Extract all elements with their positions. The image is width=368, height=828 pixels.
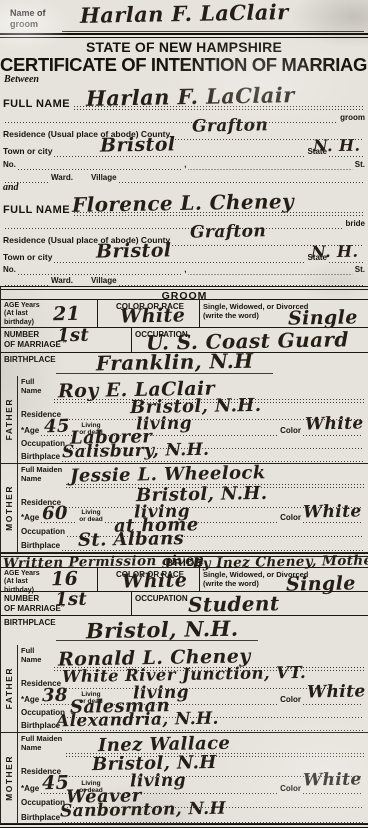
bride-status-handwriting: Single: [286, 572, 356, 595]
bride-section-band: BRIDE Written Permission given by Inez C…: [0, 553, 368, 568]
dotted-line: [119, 276, 363, 286]
bride-full-name-row: FULL NAME Florence L. Cheney: [0, 193, 368, 216]
village-label: Village: [91, 173, 117, 183]
bride-street-row: No. , St.: [0, 263, 368, 275]
father-age-handwriting: 45: [44, 416, 70, 437]
mother-side-label: MOTHER: [1, 464, 18, 552]
bride-race-handwriting: White: [122, 569, 188, 592]
groom-age-handwriting: 21: [53, 303, 81, 325]
father-birthplace-handwriting: Alexandria, N.H.: [56, 709, 219, 732]
ward-label: Ward.: [51, 173, 73, 183]
name-of-groom-row: Name of groom Harlan F. LaClair: [0, 0, 368, 33]
certificate-title: CERTIFICATE OF INTENTION OF MARRIAGE: [0, 54, 368, 74]
father-color-handwriting: White: [305, 413, 364, 434]
bride-occupation-cell: OCCUPATION Student: [132, 592, 368, 615]
dotted-line: [5, 219, 343, 229]
dotted-line: [5, 113, 338, 123]
groom-town-handwriting: Bristol: [100, 133, 176, 156]
dotted-line: [119, 173, 363, 183]
groom-age-race-status-row: AGE Years (At last birthday) 21 COLOR OR…: [0, 300, 368, 328]
groom-street-row: No. , St.: [0, 157, 368, 170]
bottom-double-rule: [0, 824, 368, 828]
bride-marriage-occupation-row: NUMBER OF MARRIAGE 1st ″ OCCUPATION Stud…: [0, 592, 368, 616]
mother-age-handwriting: 60: [42, 503, 68, 524]
no-label: No.: [3, 160, 16, 170]
groom-county-handwriting: Grafton: [192, 115, 268, 136]
bride-full-name-handwriting: Florence L. Cheney: [72, 189, 294, 217]
mother-birthplace-handwriting: St. Albans: [78, 528, 184, 551]
mother-birthplace-row: Birthplace St. Albans: [18, 537, 368, 551]
father-color-handwriting: White: [307, 681, 366, 702]
father-age-handwriting: 38: [42, 685, 68, 706]
st-label: St.: [355, 265, 365, 275]
groom-mother-block: MOTHER Full Maiden Name Jessie L. Wheelo…: [0, 464, 368, 553]
bride-birthplace-handwriting: Bristol, N.H.: [86, 616, 239, 644]
groom-race-handwriting: White: [120, 304, 186, 327]
no-label: No.: [3, 265, 16, 275]
mother-color-handwriting: White: [303, 501, 362, 522]
mother-birthplace-row: Birthplace Sanbornton, N.H: [18, 808, 368, 823]
bride-age-handwriting: 16: [51, 568, 79, 590]
mother-side-label: MOTHER: [1, 733, 18, 823]
groom-full-name-handwriting: Harlan F. LaClair: [86, 82, 295, 111]
groom-state-handwriting: N. H.: [312, 136, 360, 156]
groom-town-row: Town or city State Bristol N. H.: [0, 140, 368, 157]
groom-section-band: GROOM: [0, 286, 368, 300]
father-side-label: FATHER: [1, 645, 18, 732]
groom-birthplace-row: BIRTHPLACE Franklin, N.H: [0, 353, 368, 376]
groom-age-cell: AGE Years (At last birthday) 21: [1, 300, 98, 327]
bride-mother-block: MOTHER Full Maiden Name Inez Wallace Res…: [0, 733, 368, 824]
father-birthplace-handwriting: Salisbury, N.H.: [62, 440, 210, 463]
bride-occupation-handwriting: Student: [188, 591, 280, 617]
groom-role-label: groom: [340, 113, 365, 123]
name-of-groom-label: Name of groom: [3, 0, 46, 31]
mother-birthplace-handwriting: Sanbornton, N.H: [60, 799, 226, 822]
father-birthplace-row: Birthplace Salisbury, N.H.: [18, 449, 368, 462]
bride-race-cell: COLOR OR RACE White: [98, 568, 200, 591]
bride-state-handwriting: N. H.: [310, 242, 358, 262]
permission-note-right: by Inez Cheney, Mother: [193, 552, 368, 571]
groom-role-row: groom: [0, 110, 368, 123]
dotted-line: [5, 276, 49, 286]
groom-name-handwriting: Harlan F. LaClair: [80, 0, 289, 28]
bride-marriage-handwriting: 1st: [55, 589, 88, 611]
bride-town-handwriting: Bristol: [96, 239, 172, 262]
full-name-label: FULL NAME: [3, 204, 70, 216]
bride-role-row: bride: [0, 216, 368, 229]
groom-marriage-cell: NUMBER OF MARRIAGE 1st ″: [1, 328, 132, 352]
comma: ,: [184, 265, 186, 275]
groom-birthplace-handwriting: Franklin, N.H: [96, 349, 254, 376]
dotted-line: [188, 265, 352, 275]
groom-status-handwriting: Single: [288, 306, 358, 329]
bride-town-row: Town or city State Bristol N. H.: [0, 246, 368, 263]
bride-role-label: bride: [345, 219, 365, 229]
comma: ,: [184, 160, 186, 170]
town-label: Town or city: [3, 146, 52, 157]
mother-color-handwriting: White: [303, 769, 362, 790]
bride-birthplace-row: BIRTHPLACE Bristol, N.H.: [0, 616, 368, 645]
village-label: Village: [91, 276, 117, 286]
dotted-line: [18, 160, 182, 170]
full-name-label: FULL NAME: [3, 98, 70, 110]
dotted-line: [54, 147, 305, 157]
dotted-line: [188, 160, 352, 170]
groom-father-block: FATHER Full Name Roy E. LaClair Residenc…: [0, 376, 368, 464]
dotted-line: [54, 253, 305, 263]
birthplace-label: BIRTHPLACE: [4, 355, 56, 365]
marriage-certificate-scan: Name of groom Harlan F. LaClair STATE OF…: [0, 0, 368, 828]
groom-marriage-handwriting: 1st: [57, 325, 90, 347]
groom-race-cell: COLOR OR RACE White: [98, 300, 200, 327]
groom-status-cell: Single, Widowed, or Divorced (write the …: [200, 300, 368, 327]
father-side-label: FATHER: [1, 376, 18, 463]
mother-occupation-row: Occupation at home: [18, 523, 368, 537]
underline: [62, 31, 364, 32]
bride-father-block: FATHER Full Name Ronald L. Cheney Reside…: [0, 645, 368, 733]
groom-full-name-row: FULL NAME Harlan F. LaClair: [0, 86, 368, 110]
ward-label: Ward.: [51, 276, 73, 286]
bride-marriage-cell: NUMBER OF MARRIAGE 1st ″: [1, 592, 132, 615]
dotted-line: [18, 265, 182, 275]
bride-county-handwriting: Grafton: [190, 221, 266, 242]
town-label: Town or city: [3, 252, 52, 263]
ditto-mark: ″: [61, 604, 66, 615]
father-birthplace-row: Birthplace Alexandria, N.H.: [18, 718, 368, 731]
st-label: St.: [355, 160, 365, 170]
bride-ward-row: Ward. Village: [0, 275, 368, 286]
birthplace-label: BIRTHPLACE: [4, 618, 56, 628]
ditto-mark: ″: [63, 340, 68, 351]
and-label: and: [3, 182, 19, 193]
bride-status-cell: Single, Widowed, or Divorced (write the …: [200, 568, 368, 591]
state-title: STATE OF NEW HAMPSHIRE: [0, 38, 368, 54]
groom-ward-row: Ward. Village: [0, 170, 368, 183]
